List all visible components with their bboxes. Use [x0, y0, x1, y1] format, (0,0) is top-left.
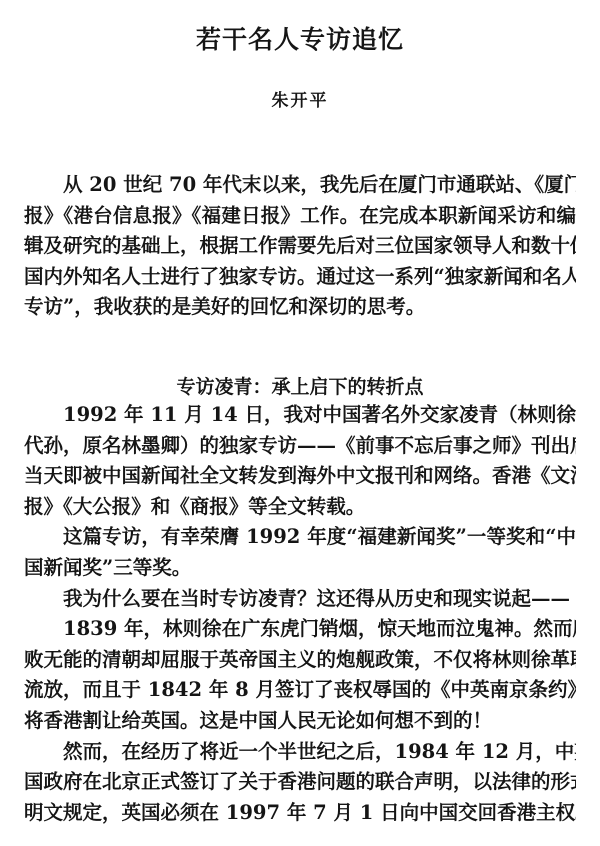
text-line: 然而，在经历了将近一个半世纪之后，1984 年 12 月，中英两 — [24, 737, 576, 768]
text-line: 明文规定，英国必须在 1997 年 7 月 1 日向中国交回香港主权。紧 — [24, 798, 576, 829]
text-line: 我为什么要在当时专访凌青？这还得从历史和现实说起—— — [24, 584, 576, 615]
text-line: 当天即被中国新闻社全文转发到海外中文报刊和网络。香港《文汇 — [24, 461, 576, 492]
text-line: 败无能的清朝却屈服于英帝国主义的炮舰政策，不仅将林则徐革职 — [24, 645, 576, 676]
author-name: 朱开平 — [0, 86, 600, 111]
text-line: 1839 年，林则徐在广东虎门销烟，惊天地而泣鬼神。然而腐 — [24, 614, 576, 645]
text-line: 这篇专访，有幸荣膺 1992 年度“福建新闻奖”一等奖和“中 — [24, 522, 576, 553]
section-body: 1992 年 11 月 14 日，我对中国著名外交家凌青（林则徐第五 代孙，原名… — [24, 400, 576, 828]
text-line: 国内外知名人士进行了独家专访。通过这一系列“独家新闻和名人 — [24, 262, 576, 293]
text-line: 1992 年 11 月 14 日，我对中国著名外交家凌青（林则徐第五 — [24, 400, 576, 431]
text-line: 将香港割让给英国。这是中国人民无论如何想不到的！ — [24, 706, 576, 737]
text-line: 报》《港台信息报》《福建日报》工作。在完成本职新闻采访和编 — [24, 201, 576, 232]
text-line: 专访”，我收获的是美好的回忆和深切的思考。 — [24, 292, 576, 323]
text-line: 流放，而且于 1842 年 8 月签订了丧权辱国的《中英南京条约》， — [24, 675, 576, 706]
text-line: 代孙，原名林墨卿）的独家专访——《前事不忘后事之师》刊出后， — [24, 431, 576, 462]
section-heading: 专访凌青：承上启下的转折点 — [0, 372, 600, 399]
text-line: 从 20 世纪 70 年代末以来，我先后在厦门市通联站、《厦门日 — [24, 170, 576, 201]
text-line: 辑及研究的基础上，根据工作需要先后对三位国家领导人和数十位 — [24, 231, 576, 262]
text-line: 国新闻奖”三等奖。 — [24, 553, 576, 584]
text-line: 国政府在北京正式签订了关于香港问题的联合声明，以法律的形式 — [24, 767, 576, 798]
text-line: 报》《大公报》和《商报》等全文转载。 — [24, 492, 576, 523]
intro-paragraph: 从 20 世纪 70 年代末以来，我先后在厦门市通联站、《厦门日 报》《港台信息… — [24, 170, 576, 323]
article-title: 若干名人专访追忆 — [0, 20, 600, 56]
